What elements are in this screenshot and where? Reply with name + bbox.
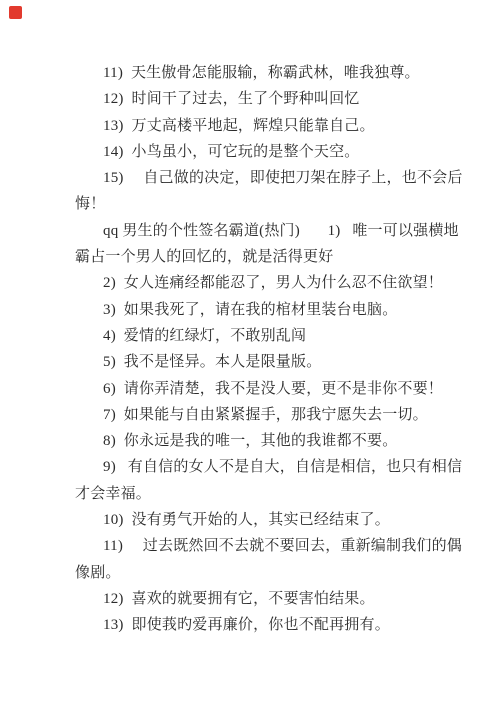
text-line: 霸占一个男人的回忆的，就是活得更好 [0, 244, 500, 270]
text-line: 12) 喜欢的就要拥有它，不要害怕结果。 [0, 586, 500, 612]
text-line: 9) 有自信的女人不是自大，自信是相信，也只有相信 [0, 454, 500, 480]
text-line-section-heading: qq 男生的个性签名霸道(热门) 1) 唯一可以强横地 [0, 218, 500, 244]
text-line: 11) 天生傲骨怎能服输，称霸武林，唯我独尊。 [0, 60, 500, 86]
text-line: 7) 如果能与自由紧紧握手，那我宁愿失去一切。 [0, 402, 500, 428]
text-line: 3) 如果我死了，请在我的棺材里装台电脑。 [0, 297, 500, 323]
text-line: 13) 即使莪旳爱再廉价，你也不配再拥有。 [0, 612, 500, 638]
text-line: 13) 万丈高楼平地起，辉煌只能靠自己。 [0, 113, 500, 139]
text-line: 15) 自己做的决定，即使把刀架在脖子上，也不会后 [0, 165, 500, 191]
text-line: 5) 我不是怪异。本人是限量版。 [0, 349, 500, 375]
text-line: 像剧。 [0, 560, 500, 586]
text-line: 4) 爱情的红绿灯，不敢别乱闯 [0, 323, 500, 349]
document-page: 11) 天生傲骨怎能服输，称霸武林，唯我独尊。 12) 时间干了过去，生了个野种… [0, 0, 500, 708]
text-line: 6) 请你弄清楚，我不是没人要，更不是非你不要！ [0, 376, 500, 402]
text-line: 14) 小鸟虽小，可它玩的是整个天空。 [0, 139, 500, 165]
text-line: 才会幸福。 [0, 481, 500, 507]
text-line: 12) 时间干了过去，生了个野种叫回忆 [0, 86, 500, 112]
text-line: 10) 没有勇气开始的人，其实已经结束了。 [0, 507, 500, 533]
text-line: 8) 你永远是我的唯一，其他的我谁都不要。 [0, 428, 500, 454]
text-line: 2) 女人连痛经都能忍了，男人为什么忍不住欲望！ [0, 270, 500, 296]
text-line: 悔！ [0, 191, 500, 217]
document-text-block: 11) 天生傲骨怎能服输，称霸武林，唯我独尊。 12) 时间干了过去，生了个野种… [0, 0, 500, 639]
text-line: 11) 过去既然回不去就不要回去，重新编制我们的偶 [0, 533, 500, 559]
